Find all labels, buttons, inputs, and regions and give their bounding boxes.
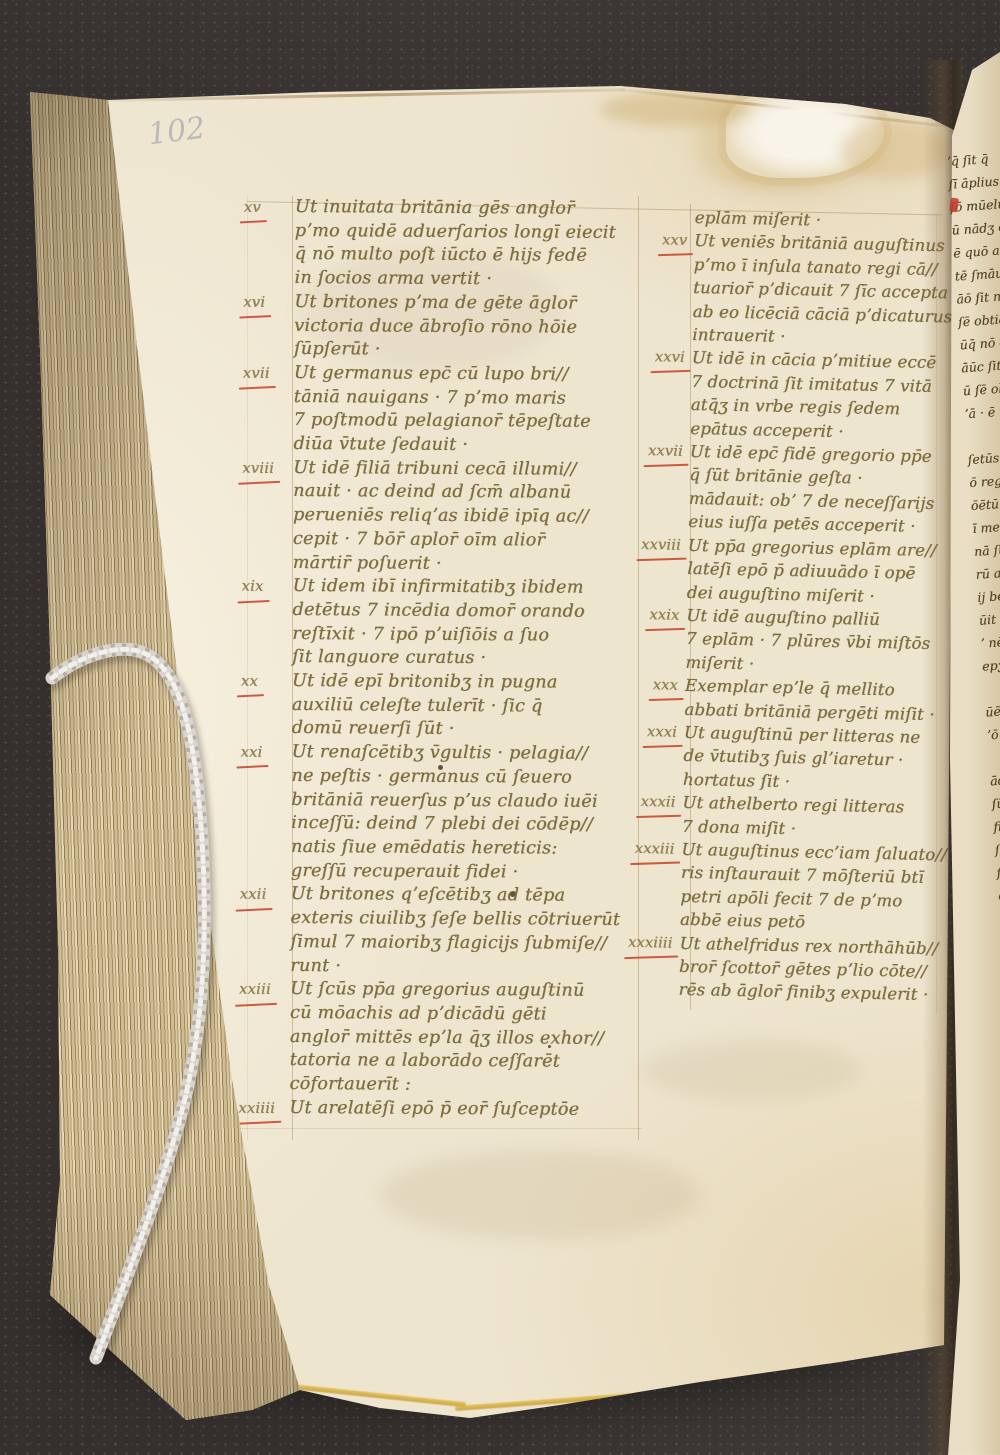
manuscript-line: diūa v̄tute ſedauit · xyxy=(293,433,643,459)
chapter-numeral: xvi xyxy=(242,291,288,316)
manuscript-line: anglor̄ mittēs epʼla q̄ʒ illos exhor// xyxy=(290,1026,640,1052)
manuscript-photo: 102 xvUt inuitata britānia gēs anglor̄pʼ… xyxy=(0,0,1000,1455)
chapter-numeral: xix xyxy=(241,576,287,601)
manuscript-line: auxiliū celeſte tulerīt · ſic q̄ xyxy=(292,694,642,720)
chapter-numeral: xxvi xyxy=(636,346,687,371)
manuscript-line: pʼmo quidē aduerſarios longī eiecit xyxy=(295,220,645,246)
chapter-entry: xixUt idem ibī infirmitatibʒ ibidemdetēt… xyxy=(292,575,643,672)
chapter-entry: xxiUt renaſcētibʒ v̄gultis · pelagia//ne… xyxy=(291,741,642,885)
facing-page-line-fragment: ʼ nē ū celli xyxy=(980,627,1000,655)
chapter-numeral: xxxii xyxy=(626,791,677,816)
manuscript-line: Ut inuitata britānia gēs anglor̄ xyxy=(295,196,645,222)
smudge xyxy=(380,1150,700,1240)
facing-page-line-fragment: ſʒ epla ī xyxy=(996,856,1000,884)
facing-page-line-fragment: āō ſit nēme xyxy=(956,283,1000,311)
facing-page-line-fragment: ūq̄ nō epiſ xyxy=(959,329,1000,357)
chapter-entry: xviiiUt idē filiā tribuni cecā illumi//n… xyxy=(293,457,644,578)
chapter-entry: xxxiiiiUt athelfridus rex northāhūb//bro… xyxy=(678,931,929,1006)
manuscript-line: greſſū recuperauit fidei · xyxy=(291,860,641,886)
chapter-entry: xxxiiUt athelberto regi litteras7 dona m… xyxy=(682,791,933,843)
manuscript-line: ſūpſerūt · xyxy=(294,338,644,364)
smudge xyxy=(640,1040,860,1100)
chapter-numeral: xxvii xyxy=(634,440,685,465)
chapter-numeral: xxv xyxy=(638,229,689,254)
manuscript-line: Ut idē filiā tribuni cecā illumi// xyxy=(293,457,643,483)
chapter-numeral: xxi xyxy=(240,742,286,767)
manuscript-line: cōfortauerīt : xyxy=(289,1073,639,1099)
manuscript-line: detētus 7 incēdia domor̄ orando xyxy=(292,599,642,625)
stain xyxy=(600,92,750,126)
facing-page-line-fragment: ō regibʒ euī xyxy=(968,466,1000,494)
chapter-entry: xxvUt veniēs britāniā auguſtinuspʼmo ī i… xyxy=(692,229,944,351)
manuscript-line: tatoria ne a laborādo ceſſarēt xyxy=(290,1049,640,1075)
manuscript-line: mārtir̄ poſuerit · xyxy=(293,552,643,578)
manuscript-line: cū mōachis ad pʼdicādū gēti xyxy=(290,1002,640,1028)
manuscript-line: Ut germanus epc̄ cū lupo bri// xyxy=(294,362,644,388)
text-column-2: eplām miſerit ·xxvUt veniēs britāniā aug… xyxy=(678,206,945,1007)
chapter-entry: xxixUt idē auguſtino palliū7 eplām · 7 p… xyxy=(685,604,936,679)
manuscript-line: reſtīxit · 7 ipō pʼuiſiōis a ſuo xyxy=(292,623,642,649)
facing-page-line-fragment: ū ſē obſ̄uād xyxy=(962,375,1000,403)
chapter-numeral: xv xyxy=(243,197,289,222)
manuscript-line: runt · xyxy=(290,954,640,980)
chapter-numeral: xxviii xyxy=(632,533,683,558)
manuscript-line: ne peſtis · germanus cū ſeuero xyxy=(291,765,641,791)
manuscript-line: domū reuerſi ſūt · xyxy=(292,717,642,743)
manuscript-line: cepit · 7 bōr̄ aplor̄ oīm alior̄ xyxy=(293,528,643,554)
page-top-edge xyxy=(110,88,625,101)
chapter-entry: xxxiiiUt auguſtinus eccʼiam ſaluato//ris… xyxy=(680,838,932,937)
chapter-entry: xvUt inuitata britānia gēs anglor̄pʼmo q… xyxy=(294,196,645,293)
chapter-numeral: xviii xyxy=(241,457,287,482)
text-column-1: xvUt inuitata britānia gēs anglor̄pʼmo q… xyxy=(289,196,645,1123)
chapter-entry: xxiiiUt ſcūs pp̄a gregorius auguſtinūcū … xyxy=(289,978,640,1099)
facing-page-line-fragment: ſē obtiā ſp̄ xyxy=(957,306,1000,334)
manuscript-line: tāniā nauigans · 7 pʼmo maris xyxy=(294,386,644,412)
chapter-numeral: xxix xyxy=(630,604,681,629)
chapter-numeral: xxx xyxy=(629,674,680,699)
manuscript-line: natis ſiue emēdatis hereticis: xyxy=(291,836,641,862)
chapter-entry: xxviiiUt pp̄a gregorius eplām are//latēſ… xyxy=(687,534,938,609)
manuscript-line: Ut idem ibī infirmitatibʒ ibidem xyxy=(293,575,643,601)
manuscript-line: ſit languore curatus · xyxy=(292,646,642,672)
facing-page-line-fragment: ſī āplius ī xyxy=(948,168,1000,196)
facing-page-line-fragment: ē quō aī ū xyxy=(952,237,1000,265)
facing-page-line-fragment: epʒ ſmāuit xyxy=(981,650,1000,678)
manuscript-line: q̄ nō multo poſt iūcto ē hijs fedē xyxy=(295,243,645,269)
facing-page-line-fragment: ij beatū regē xyxy=(976,581,1000,609)
facing-page-line-fragment: ūē ourē xyxy=(985,696,1000,724)
chapter-numeral: xxxiii xyxy=(625,838,676,863)
facing-page-line-fragment: tē ſmāuit ab xyxy=(954,260,1000,288)
manuscript-line: Ut arelatēſi epō p̄ eor̄ ſuſceptōe xyxy=(289,1097,639,1123)
chapter-entry: xxxiUt auguſtinū per litteras nede v̄tut… xyxy=(683,721,934,796)
chapter-numeral: xxii xyxy=(239,884,285,909)
manuscript-line: Ut ſcūs pp̄a gregorius auguſtinū xyxy=(290,978,640,1004)
chapter-entry: xxUt idē epī britonibʒ in pugnaauxiliū c… xyxy=(292,670,642,743)
manuscript-line: Ut britones pʼma de gēte āglor̄ xyxy=(294,291,644,317)
facing-page-line-fragment: āūc ſit eccē xyxy=(960,352,1000,380)
facing-page-line-fragment: ū nādʒ eſt xyxy=(951,214,1000,242)
manuscript-line: britāniā reuerſus pʼus claudo iuēi xyxy=(291,789,641,815)
chapter-entry: xxiiiiUt arelatēſi epō p̄ eor̄ ſuſceptōe xyxy=(289,1097,639,1123)
chapter-numeral: xxiiii xyxy=(237,1097,283,1122)
manuscript-line: perueniēs reliqʼas ibidē ipīq ac// xyxy=(293,504,643,530)
facing-page-line-fragment: ūit ingēti xyxy=(978,604,1000,632)
facing-page-line-fragment: ʼq̄ ſit q̄ xyxy=(946,145,1000,173)
facing-page-line-fragment: ʼā · ē ū mell xyxy=(964,398,1000,426)
manuscript-line: exteris ciuilibʒ ſeſe bellis cōtriuerūt xyxy=(291,907,641,933)
manuscript-line: Ut britones qʼeſcētibʒ ad tēpa xyxy=(291,883,641,909)
facing-page-line-fragment: ād ſuū xyxy=(989,765,1000,793)
facing-page-line-fragment: ʼō eplām xyxy=(986,719,1000,747)
chapter-entry: xxiiUt britones qʼeſcētibʒ ad tēpaexteri… xyxy=(290,883,641,980)
chapter-entry: xviiUt germanus epc̄ cū lupo bri//tāniā … xyxy=(293,362,644,459)
manuscript-line: nauit · ac deind ad ſcm̄ albanū xyxy=(293,480,643,506)
manuscript-line: inceſſū: deind 7 plebi dei cōdēp// xyxy=(291,812,641,838)
manuscript-line: ſimul 7 maioribʒ flagicijs ſubmiſe// xyxy=(290,931,640,957)
manuscript-line: Ut idē epī britonibʒ in pugna xyxy=(292,670,642,696)
gilt-bottom-edge xyxy=(455,1372,924,1411)
facing-page-line-fragment: ſūē pāll xyxy=(991,788,1000,816)
chapter-numeral: xvii xyxy=(242,363,288,388)
manuscript-line: victoria duce ābroſio rōno hōie xyxy=(294,315,644,341)
chapter-entry: xxviiUt idē epc̄ fidē gregorio pp̄eq̄ ſū… xyxy=(688,440,940,539)
gilt-bottom-edge xyxy=(292,1384,467,1407)
facing-page-line-fragment: ī mellitʼ ac xyxy=(972,512,1000,540)
chapter-numeral: xxxiiii xyxy=(623,931,674,956)
chapter-entry: xxviUt idē in cācia pʼmitiue eccē7 doctr… xyxy=(690,346,942,445)
chapter-numeral: xxiii xyxy=(238,979,284,1004)
faint-folio-number: 102 xyxy=(146,111,207,153)
facing-page-line-fragment: ſīt apʼd xyxy=(994,833,1000,861)
facing-page-line-fragment: nā ſucceſſō xyxy=(973,535,1000,563)
facing-page-line-fragment: ōētū reſpū xyxy=(970,489,1000,517)
chapter-entry: xviUt britones pʼma de gēte āglor̄victor… xyxy=(294,291,644,364)
manuscript-line: Ut renaſcētibʒ v̄gultis · pelagia// xyxy=(292,741,642,767)
manuscript-line: rēs ab āglor̄ finibʒ expulerit · xyxy=(678,978,928,1007)
manuscript-line: 7 poſtmodū pelagianor̄ tēpeſtate xyxy=(294,409,644,435)
facing-page-line-fragment: rū ab aplō xyxy=(975,558,1000,586)
chapter-numeral: xx xyxy=(240,671,286,696)
manuscript-line: in ſocios arma vertit · xyxy=(294,267,644,293)
chapter-entry: xxxExemplar epʼle q̄ mellitoabbati britā… xyxy=(684,674,935,726)
facing-page-line-fragment: fidē ſuī pʼd xyxy=(993,810,1000,838)
chapter-numeral: xxxi xyxy=(628,721,679,746)
facing-page-line-fragment: ſetūs athell xyxy=(967,443,1000,471)
